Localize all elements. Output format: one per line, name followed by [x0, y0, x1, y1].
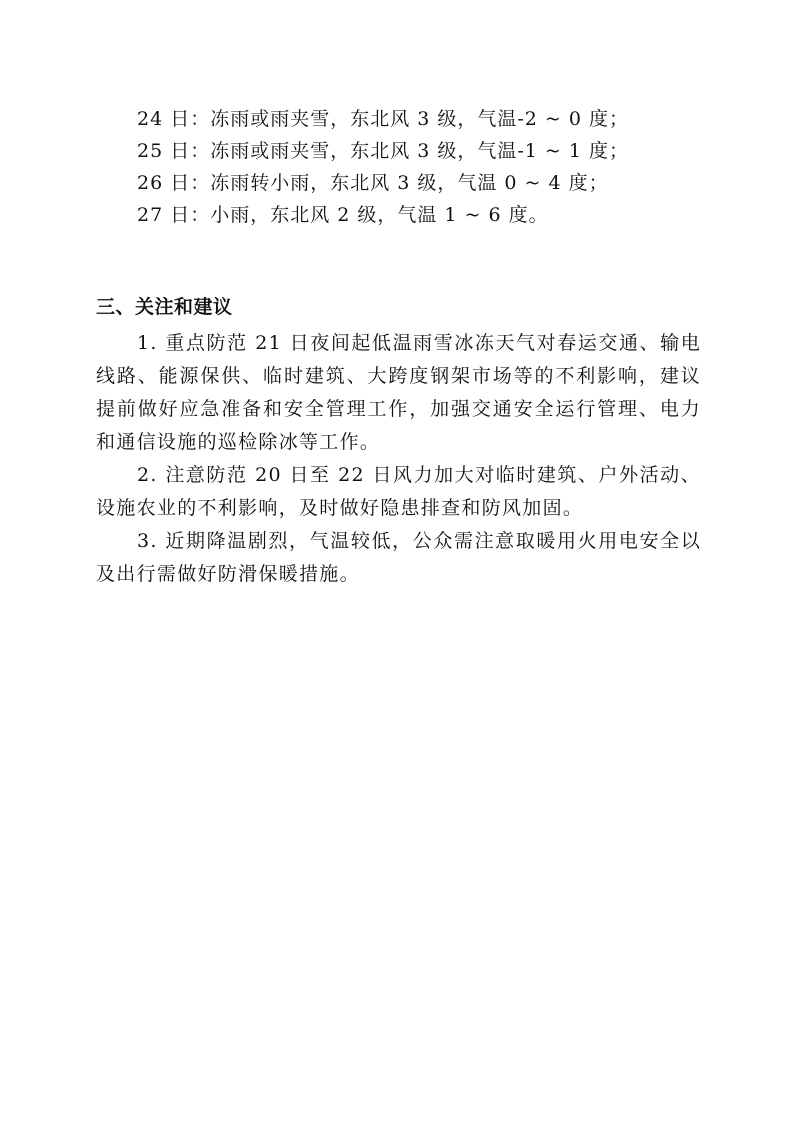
forecast-day-27: 27 日：小雨，东北风 2 级，气温 1 ~ 6 度。	[137, 199, 697, 231]
suggestions-body: 1. 重点防范 21 日夜间起低温雨雪冰冻天气对春运交通、输电线路、能源保供、临…	[96, 327, 701, 591]
suggestion-paragraph-2: 2. 注意防范 20 日至 22 日风力加大对临时建筑、户外活动、设施农业的不利…	[96, 459, 701, 525]
section-heading: 三、关注和建议	[96, 291, 233, 323]
daily-forecast-list: 24 日：冻雨或雨夹雪，东北风 3 级，气温-2 ~ 0 度； 25 日：冻雨或…	[137, 103, 697, 231]
document-page: 24 日：冻雨或雨夹雪，东北风 3 级，气温-2 ~ 0 度； 25 日：冻雨或…	[0, 0, 793, 1122]
forecast-day-25: 25 日：冻雨或雨夹雪，东北风 3 级，气温-1 ~ 1 度；	[137, 135, 697, 167]
forecast-day-26: 26 日：冻雨转小雨，东北风 3 级，气温 0 ~ 4 度；	[137, 167, 697, 199]
suggestion-paragraph-3: 3. 近期降温剧烈，气温较低，公众需注意取暖用火用电安全以及出行需做好防滑保暖措…	[96, 525, 701, 591]
suggestion-paragraph-1: 1. 重点防范 21 日夜间起低温雨雪冰冻天气对春运交通、输电线路、能源保供、临…	[96, 327, 701, 459]
forecast-day-24: 24 日：冻雨或雨夹雪，东北风 3 级，气温-2 ~ 0 度；	[137, 103, 697, 135]
